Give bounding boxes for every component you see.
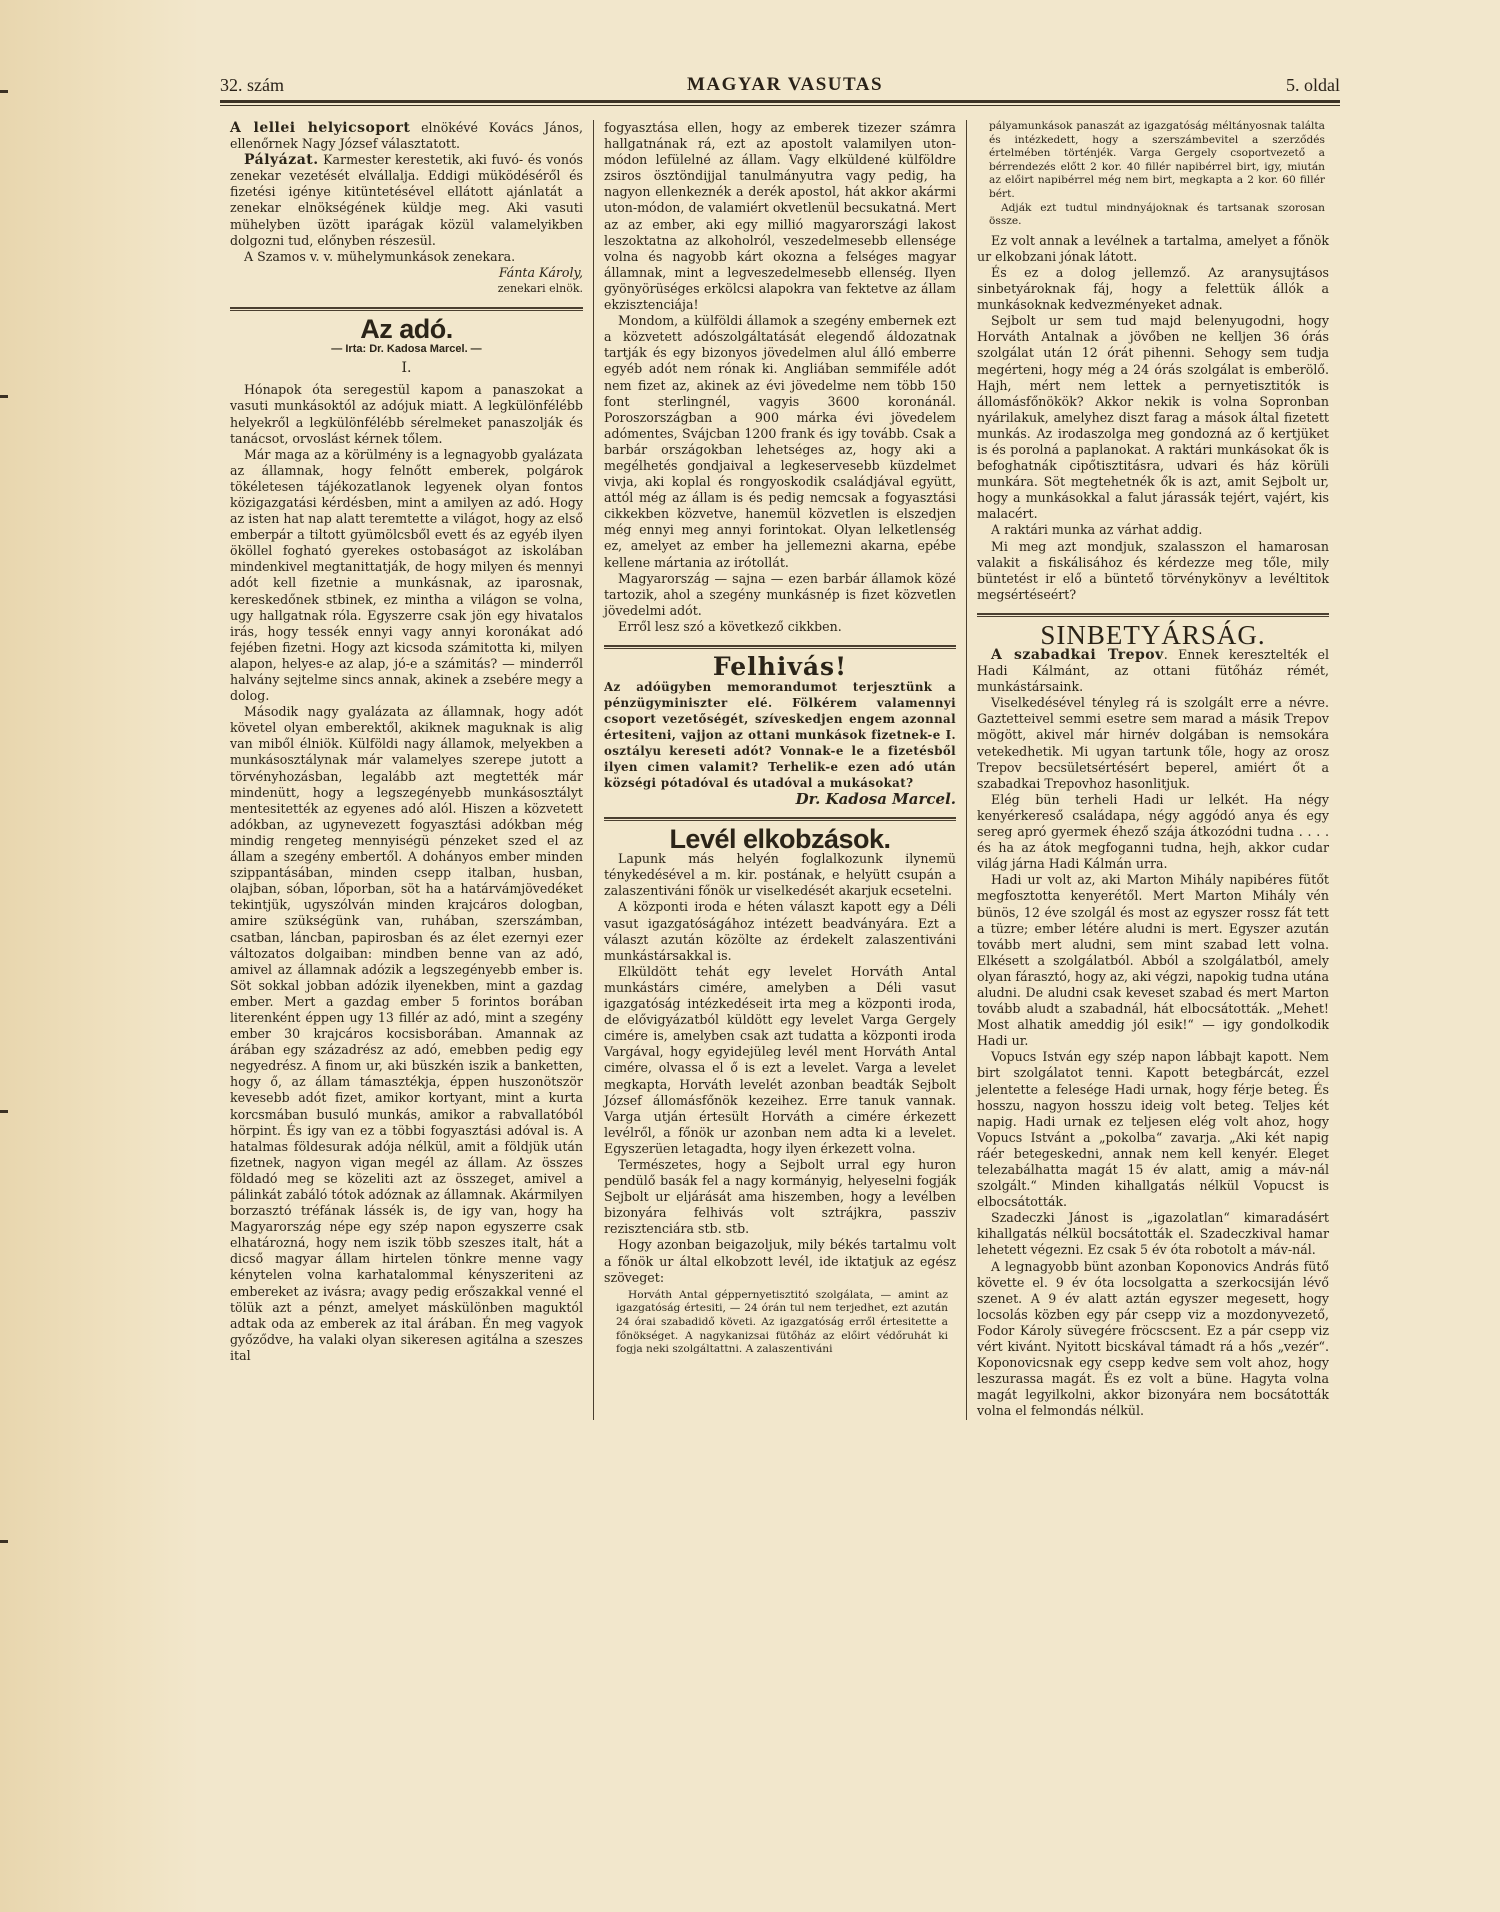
article-paragraph: Hadi ur volt az, aki Marton Mihály napib… [977, 872, 1329, 1049]
binding-mark [0, 90, 8, 93]
section-title: SINBETYÁRSÁG. [977, 627, 1329, 643]
masthead-rule [220, 100, 1340, 106]
article-paragraph: Mi meg azt mondjuk, szalasszon el hamaro… [977, 539, 1329, 603]
columns: A lellei helyicsoport elnökévé Kovács Já… [220, 120, 1340, 1420]
issue-number: 32. szám [220, 75, 284, 96]
binding-mark [0, 1110, 8, 1113]
article-paragraph: Mondom, a külföldi államok a szegény emb… [604, 313, 956, 571]
appeal-author: Dr. Kadosa Marcel. [796, 791, 956, 807]
trepov-intro: A szabadkai Trepov. Ennek keresztelték e… [977, 647, 1329, 695]
article-paragraph: Hónapok óta seregestül kapom a panaszoka… [230, 382, 583, 446]
trepov-lead: A szabadkai Trepov [991, 647, 1164, 663]
newspaper-title: MAGYAR VASUTAS [687, 74, 883, 96]
quoted-letter: Horváth Antal géppernyetisztitó szolgála… [604, 1286, 956, 1357]
article-paragraph: Erről lesz szó a következő cikkben. [604, 619, 956, 635]
masthead: 32. szám MAGYAR VASUTAS 5. oldal [220, 60, 1340, 96]
signature-title: zenekari elnök. [230, 281, 583, 297]
binding-mark [0, 395, 8, 398]
notice-lead: Pályázat. [244, 152, 319, 168]
article-paragraph: Sejbolt ur sem tud majd belenyugodni, ho… [977, 313, 1329, 522]
article-paragraph: A legnagyobb bünt azonban Koponovics And… [977, 1259, 1329, 1420]
letters-title: Levél elkobzások. [604, 831, 956, 847]
page-number: 5. oldal [1286, 75, 1340, 96]
notice-lead: A lellei helyicsoport [230, 120, 410, 136]
article-paragraph: Viselkedésével tényleg rá is szolgált er… [977, 695, 1329, 792]
newspaper-page: 32. szám MAGYAR VASUTAS 5. oldal A lelle… [220, 60, 1340, 1420]
article-paragraph: Természetes, hogy a Sejbolt urral egy hu… [604, 1157, 956, 1237]
article-paragraph: Ez volt annak a levélnek a tartalma, ame… [977, 233, 1329, 265]
column-2: fogyasztása ellen, hogy az emberek tizez… [593, 120, 966, 1420]
article-title: Az adó. [230, 321, 583, 337]
quoted-letter-continued: pályamunkások panaszát az igazgatóság mé… [977, 120, 1329, 229]
article-paragraph: Második nagy gyalázata az államnak, hogy… [230, 704, 583, 1364]
article-paragraph: Szadeczki Jánost is „igazolatlan“ kimara… [977, 1210, 1329, 1258]
appeal-title: Felhivás! [604, 659, 956, 675]
column-3: pályamunkások panaszát az igazgatóság mé… [966, 120, 1339, 1420]
article-paragraph: A központi iroda e héten választ kapott … [604, 899, 956, 963]
article-byline: — Irta: Dr. Kadosa Marcel. — [230, 341, 583, 357]
article-part: I. [230, 360, 583, 376]
section-divider [977, 613, 1329, 617]
column-1: A lellei helyicsoport elnökévé Kovács Já… [220, 120, 593, 1420]
article-paragraph: fogyasztása ellen, hogy az emberek tizez… [604, 120, 956, 313]
article-paragraph: Magyarország — sajna — ezen barbár állam… [604, 571, 956, 619]
section-divider [230, 307, 583, 311]
article-paragraph: A raktári munka az várhat addig. [977, 522, 1329, 538]
section-divider [604, 645, 956, 649]
scan-binding-edge [0, 0, 200, 1912]
article-paragraph: Vopucs István egy szép napon lábbajt kap… [977, 1049, 1329, 1210]
appeal-text: Az adóügyben memorandumot terjesztünk a … [604, 679, 956, 807]
article-paragraph: Már maga az a körülmény is a legnagyobb … [230, 447, 583, 705]
article-paragraph: Elég bün terheli Hadi ur lelkét. Ha négy… [977, 792, 1329, 872]
article-paragraph: Lapunk más helyén foglalkozunk ilynemü t… [604, 851, 956, 899]
notice-from: A Szamos v. v. mühelymunkások zenekara. [230, 249, 583, 265]
section-divider [604, 817, 956, 821]
notice-lellei: A lellei helyicsoport elnökévé Kovács Já… [230, 120, 583, 152]
notice-palyazat: Pályázat. Karmester kerestetik, aki fuvó… [230, 152, 583, 249]
signature: Fánta Károly, [230, 265, 583, 281]
article-paragraph: Hogy azonban beigazoljuk, mily békés tar… [604, 1237, 956, 1285]
article-paragraph: És ez a dolog jellemző. Az aranysujtásos… [977, 265, 1329, 313]
binding-mark [0, 1540, 8, 1543]
article-paragraph: Elküldött tehát egy levelet Horváth Anta… [604, 964, 956, 1157]
